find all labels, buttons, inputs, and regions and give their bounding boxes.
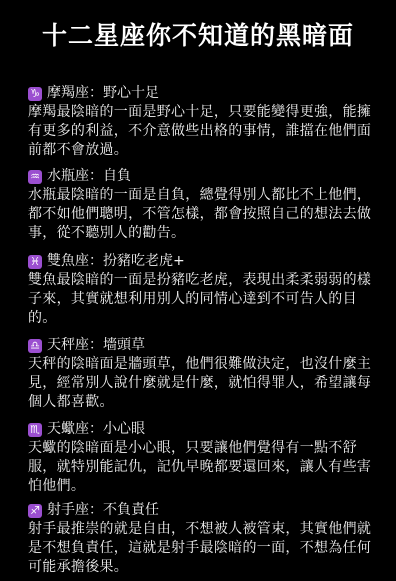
sign-heading-text: 水瓶座：自負 <box>47 167 131 186</box>
sign-section-scorpio: ♏ 天蠍座：小心眼 天蠍的陰暗面是小心眼，只要讓他們覺得有一點不舒服，就特別能記… <box>28 420 373 496</box>
sign-heading: ♐ 射手座：不負責任 <box>28 501 373 520</box>
sign-description: 摩羯最陰暗的一面是野心十足，只要能變得更強，能擁有更多的利益，不介意做些出格的事… <box>28 103 373 160</box>
aquarius-icon: ♒ <box>28 170 42 184</box>
sign-heading: ♑ 摩羯座：野心十足 <box>28 84 373 103</box>
sign-heading-text: 天蠍座：小心眼 <box>47 420 145 439</box>
scorpio-icon: ♏ <box>28 423 42 437</box>
pisces-icon: ♓ <box>28 255 42 269</box>
sign-heading: ♎ 天秤座：墻頭草 <box>28 336 373 355</box>
sign-heading: ♏ 天蠍座：小心眼 <box>28 420 373 439</box>
sign-description: 天秤的陰暗面是牆頭草，他們很難做決定，也沒什麼主見，經常別人說什麼就是什麼，就怕… <box>28 355 373 412</box>
sign-description: 水瓶最陰暗的一面是自負，總覺得別人都比不上他們，都不如他們聰明，不管怎樣，都會按… <box>28 186 373 243</box>
sign-heading: ♓ 雙魚座：扮豬吃老虎+ <box>28 252 373 271</box>
sign-heading: ♒ 水瓶座：自負 <box>28 167 373 186</box>
page-title: 十二星座你不知道的黑暗面 <box>0 16 396 52</box>
sign-description: 射手最推崇的就是自由，不想被人被管束，其實他們就是不想負責任，這就是射手最陰暗的… <box>28 520 373 577</box>
sign-heading-text: 射手座：不負責任 <box>47 501 159 520</box>
sign-heading-text: 雙魚座：扮豬吃老虎+ <box>47 252 185 271</box>
sagittarius-icon: ♐ <box>28 504 42 518</box>
capricorn-icon: ♑ <box>28 87 42 101</box>
sign-description: 天蠍的陰暗面是小心眼，只要讓他們覺得有一點不舒服，就特別能記仇，記仇早晚都要還回… <box>28 439 373 496</box>
sign-section-aquarius: ♒ 水瓶座：自負 水瓶最陰暗的一面是自負，總覺得別人都比不上他們，都不如他們聰明… <box>28 167 373 243</box>
sign-section-libra: ♎ 天秤座：墻頭草 天秤的陰暗面是牆頭草，他們很難做決定，也沒什麼主見，經常別人… <box>28 336 373 412</box>
sign-description: 雙魚最陰暗的一面是扮豬吃老虎，表現出柔柔弱弱的樣子來，其實就想利用別人的同情心達… <box>28 271 373 328</box>
sign-heading-text: 天秤座：墻頭草 <box>47 336 145 355</box>
sign-heading-text: 摩羯座：野心十足 <box>47 84 159 103</box>
sign-section-capricorn: ♑ 摩羯座：野心十足 摩羯最陰暗的一面是野心十足，只要能變得更強，能擁有更多的利… <box>28 84 373 160</box>
sign-section-sagittarius: ♐ 射手座：不負責任 射手最推崇的就是自由，不想被人被管束，其實他們就是不想負責… <box>28 501 373 577</box>
libra-icon: ♎ <box>28 339 42 353</box>
sign-section-pisces: ♓ 雙魚座：扮豬吃老虎+ 雙魚最陰暗的一面是扮豬吃老虎，表現出柔柔弱弱的樣子來，… <box>28 252 373 328</box>
